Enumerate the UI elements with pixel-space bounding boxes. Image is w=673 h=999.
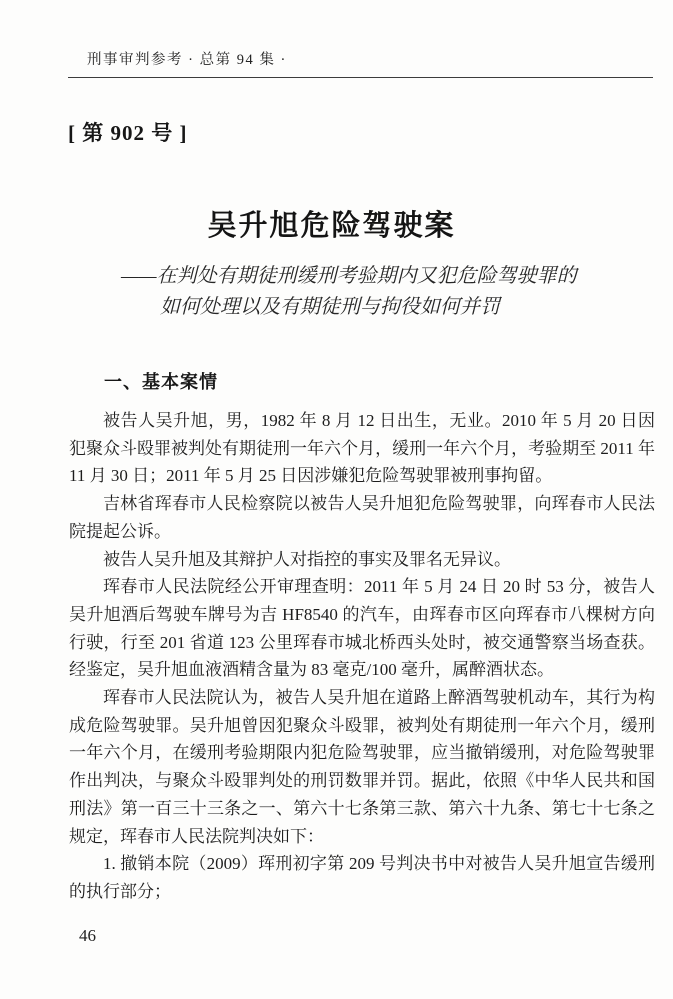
case-number: [ 第 902 号 ] <box>68 117 188 147</box>
subtitle-line-1: ——在判处有期徒刑缓刑考验期内又犯危险驾驶罪的 <box>68 261 655 292</box>
paragraph-judgment-item-1: 1. 撤销本院（2009）珲刑初字第 209 号判决书中对被告人吴升旭宣告缓刑的… <box>69 850 655 905</box>
paragraph-court-opinion: 珲春市人民法院认为，被告人吴升旭在道路上醉酒驾驶机动车，其行为构成危险驾驶罪。吴… <box>69 684 655 850</box>
section-heading-basic-facts: 一、基本案情 <box>104 368 218 394</box>
paragraph-defendant-info: 被告人吴升旭，男，1982 年 8 月 12 日出生，无业。2010 年 5 月… <box>69 407 655 490</box>
case-body: 被告人吴升旭，男，1982 年 8 月 12 日出生，无业。2010 年 5 月… <box>69 407 655 906</box>
subtitle-line-2: 如何处理以及有期徒刑与拘役如何并罚 <box>68 292 655 323</box>
case-subtitle: ——在判处有期徒刑缓刑考验期内又犯危险驾驶罪的 如何处理以及有期徒刑与拘役如何并… <box>68 261 655 323</box>
case-title: 吴升旭危险驾驶案 <box>0 203 663 244</box>
running-head-text: 刑事审判参考 · 总第 94 集 · <box>68 48 287 69</box>
paragraph-trial-findings: 珲春市人民法院经公开审理查明：2011 年 5 月 24 日 20 时 53 分… <box>69 573 655 684</box>
book-page: 刑事审判参考 · 总第 94 集 · [ 第 902 号 ] 吴升旭危险驾驶案 … <box>0 0 673 999</box>
running-head: 刑事审判参考 · 总第 94 集 · <box>68 48 653 78</box>
page-number: 46 <box>79 926 96 946</box>
paragraph-prosecution: 吉林省珲春市人民检察院以被告人吴升旭犯危险驾驶罪，向珲春市人民法院提起公诉。 <box>69 490 655 545</box>
paragraph-defense-response: 被告人吴升旭及其辩护人对指控的事实及罪名无异议。 <box>69 546 655 574</box>
